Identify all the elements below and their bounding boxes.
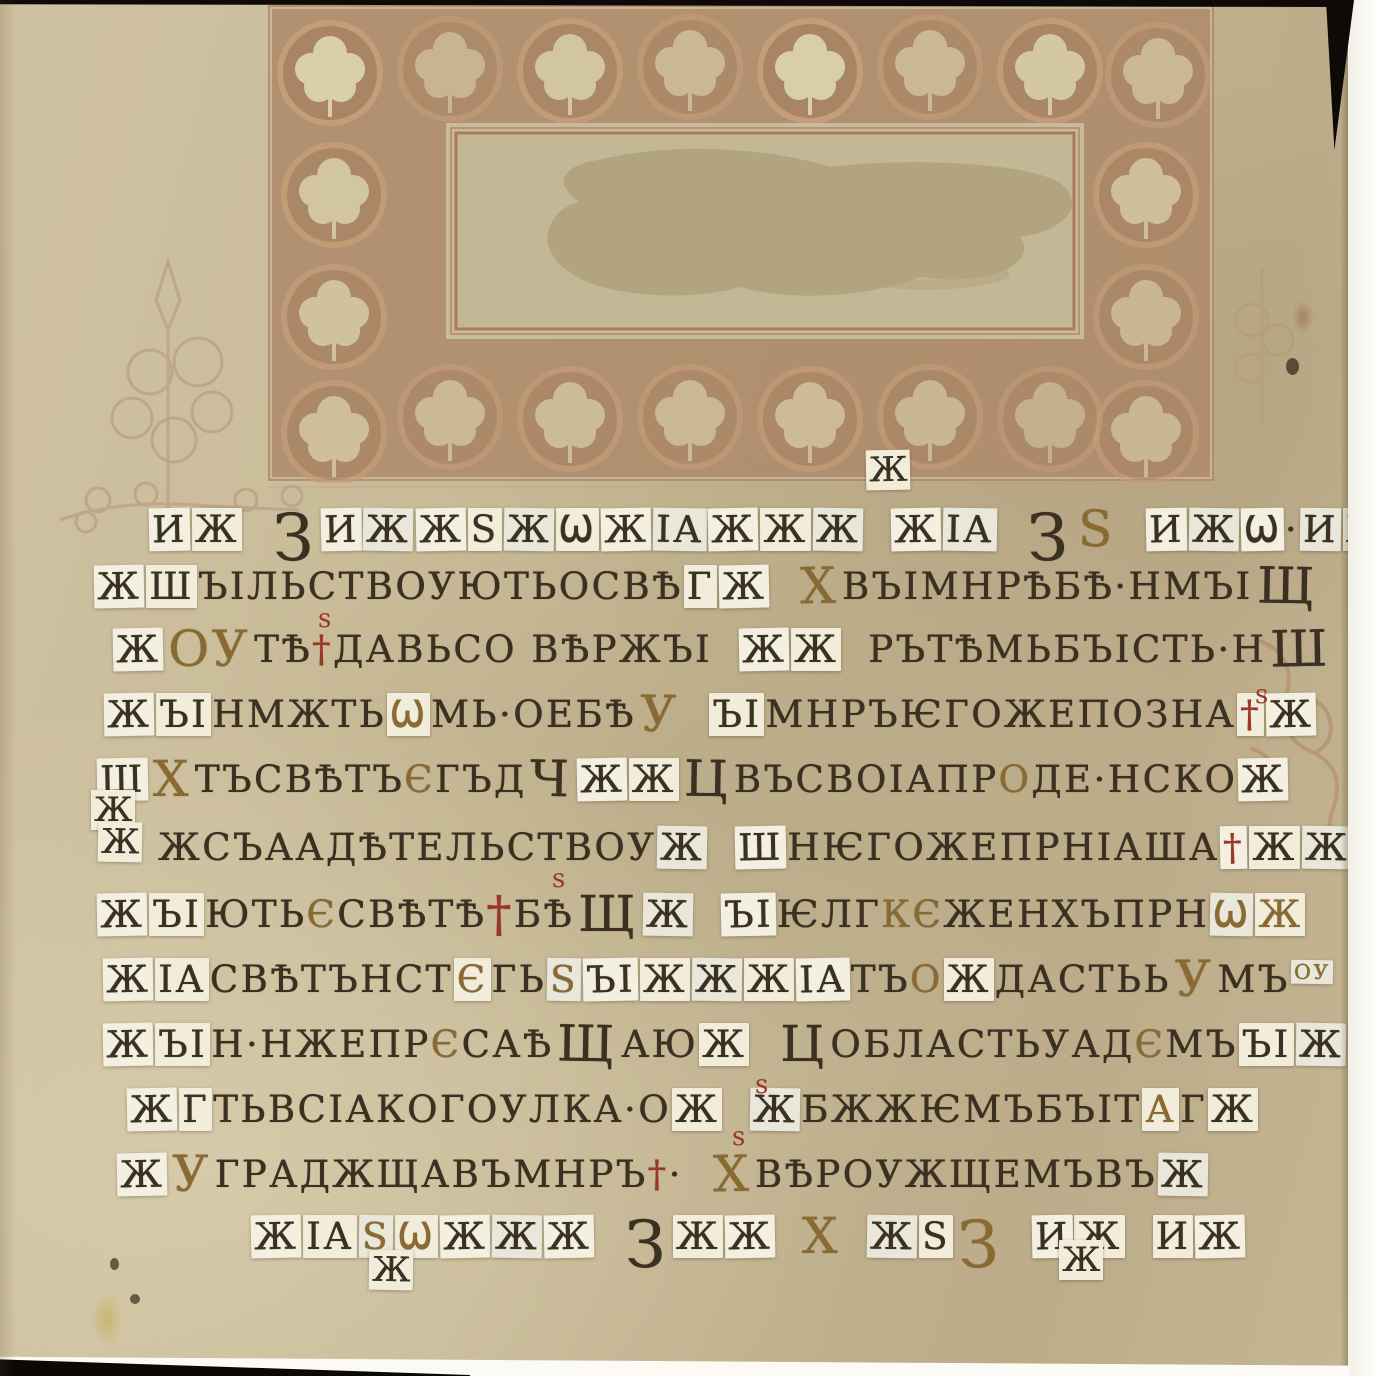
manuscript-line-1: ИЖЗИЖЖЅЖѠЖІАЖЖЖЖІАЗЅИЖѠ·ИЖЖ xyxy=(148,508,1376,551)
ink-text: НѤГОЖЕПРНІАША xyxy=(787,826,1219,869)
patched-letter: Ѡ xyxy=(1240,508,1284,552)
patched-letter: Ж xyxy=(718,565,769,609)
patched-letter: А xyxy=(1142,1088,1179,1131)
ink-text: СВѢТѢ xyxy=(337,893,486,936)
patched-letter: Ѕ xyxy=(1075,529,1118,530)
ink-text: МЪ xyxy=(1165,1023,1237,1066)
patched-letter: Ж xyxy=(1195,1215,1246,1259)
patched-letter: ЪІ xyxy=(156,693,211,736)
ink-text: ГЬ xyxy=(492,958,546,1001)
patched-letter: Ж xyxy=(94,565,145,609)
patched-letter: И xyxy=(320,508,362,552)
text-block: ИЖЗИЖЖЅЖѠЖІАЖЖЖЖІАЗЅИЖѠ·ИЖЖЖШЪІЛЬСТВОУЮТ… xyxy=(0,0,1376,1376)
red-superscript-mark: ѕ xyxy=(318,604,331,634)
ink-text: Ж xyxy=(158,826,202,869)
red-superscript-mark: ѕ xyxy=(1255,680,1268,710)
patched-letter: Ж xyxy=(113,628,164,672)
patched-letter: Ж xyxy=(791,628,841,671)
patched-letter: Ж xyxy=(1158,1153,1209,1197)
patched-letter: Ж xyxy=(439,1215,490,1259)
patched-letter: Х xyxy=(797,586,841,587)
ink-text: ГРАДЖЩАВЪМНРЪ xyxy=(215,1153,648,1196)
manuscript-line-2: ЖШЪІЛЬСТВОУЮТЬОСВѢГЖХВЪІМНРѢБѢ·НМЪІЩ xyxy=(93,565,1320,608)
patched-letter: И xyxy=(1153,1215,1194,1258)
ink-text: НМЖТЬ xyxy=(212,693,386,736)
patched-letter: Г xyxy=(684,565,717,608)
ink-text: Є xyxy=(404,758,435,801)
ink-text: Є xyxy=(431,1023,462,1066)
ink-text: ВЪСВОІАПР xyxy=(734,758,999,801)
floating-patched-letter: Ж xyxy=(369,1250,414,1291)
patched-letter: Ж xyxy=(1238,758,1289,802)
patched-letter: ІА xyxy=(155,958,209,1001)
patched-letter: И xyxy=(1145,508,1187,552)
ink-text: СЪААДѢТЕЛЬСТВОУ xyxy=(202,826,656,869)
patched-letter: ЪІ xyxy=(582,957,638,1001)
patched-letter: Ѕ xyxy=(547,958,582,1002)
patched-letter: Г xyxy=(179,1088,212,1131)
floating-patched-letter: Ж xyxy=(98,822,143,863)
floating-patched-letter: Ж xyxy=(866,450,911,491)
manuscript-line-3: ЖОУТѢ†ДАВЬСО ВѢРЖЪІЖЖРЪТѢМЬБЪІСТЬ·НШ xyxy=(112,628,1334,671)
ink-text: † xyxy=(648,1153,669,1196)
ink-text: СВѢТЪНСТ xyxy=(210,958,453,1001)
red-superscript-mark: ѕ xyxy=(732,1122,745,1152)
ink-text: Є xyxy=(1134,1023,1165,1066)
ink-text: РЪТѢМЬБЪІСТЬ·Н xyxy=(868,628,1266,671)
patched-letter: Ж xyxy=(640,958,690,1001)
patched-letter: Ж xyxy=(657,826,708,870)
patched-letter: Ж xyxy=(104,693,155,737)
patched-letter: Ж xyxy=(251,1215,302,1259)
ink-text: АЮ xyxy=(621,1023,698,1066)
manuscript-line-6: ЖСЪААДѢТЕЛЬСТВОУЖШНѤГОЖЕПРНІАША†ЖЖ xyxy=(158,826,1353,869)
ink-text: ТѢ xyxy=(254,628,312,671)
patched-letter: Ж xyxy=(1295,1023,1346,1067)
patched-letter: Ж xyxy=(699,1023,749,1066)
patched-letter: Є xyxy=(454,958,491,1001)
patched-letter: Ж xyxy=(642,893,693,937)
patched-letter: Ж xyxy=(503,508,554,552)
ink-text: Н·НЖЕПР xyxy=(211,1023,431,1066)
ink-text: ТЬВСІАКОГОУЛКА·О xyxy=(213,1088,671,1131)
ink-text: МЪ xyxy=(1217,958,1289,1001)
patched-letter: Ц xyxy=(681,779,733,780)
patched-letter: Ж xyxy=(812,508,863,552)
patched-letter: Ж xyxy=(117,1153,168,1197)
patched-letter: Щ xyxy=(554,1043,619,1044)
patched-letter: Ж xyxy=(192,508,242,551)
patched-letter: ІА xyxy=(303,1215,357,1258)
patched-letter: Ѕ xyxy=(919,1215,953,1258)
patched-letter: ЪІ xyxy=(720,892,776,936)
manuscript-line-10: ЖГТЬВСІАКОГОУЛКА·ОЖЖБЖЖѤМЪБЪІТАГЖ xyxy=(126,1088,1259,1131)
patched-letter: Ж xyxy=(363,508,414,552)
patched-letter: Щ xyxy=(1254,585,1319,586)
patched-letter: Ж xyxy=(415,508,466,552)
patched-letter: Ѕ xyxy=(468,508,502,551)
ink-text: · xyxy=(1285,508,1299,551)
patched-letter: Ш xyxy=(146,565,197,608)
patched-letter: Ш xyxy=(1267,648,1332,649)
patched-letter: Ж xyxy=(944,958,994,1001)
patched-letter: ІА xyxy=(652,508,706,552)
patched-letter: † xyxy=(1220,826,1248,870)
page-edge-left-shade xyxy=(0,0,16,1376)
patched-letter: Ж xyxy=(1208,1088,1258,1131)
patched-letter: И xyxy=(149,508,191,552)
ink-text: МНРЪѤГОЖЕПОЗНА xyxy=(765,693,1236,736)
floating-patched-letter: Ж xyxy=(1059,1240,1103,1280)
manuscript-line-9: ЖЪІН·НЖЕПРЄСАѢЩАЮЖЦОБЛАСТЬУАДЄМЪЪІЖ xyxy=(102,1023,1347,1066)
manuscript-line-8: ЖІАСВѢТЪНСТЄГЬЅЪІЖЖЖІАТЪОЖДАСТЬЬУМЪОУ xyxy=(102,958,1334,1001)
ink-text: ОБЛАСТЬУАД xyxy=(830,1023,1134,1066)
patched-letter: Ж xyxy=(867,1215,918,1259)
ink-text: ТЪ xyxy=(851,958,910,1001)
patched-letter: Ж xyxy=(739,628,790,672)
patched-letter: ІА xyxy=(796,957,850,1001)
patched-letter: Ж xyxy=(760,508,810,551)
patched-letter: И xyxy=(1300,508,1341,552)
patched-letter: ЪІ xyxy=(709,693,764,736)
ink-text: · xyxy=(669,1153,683,1196)
patched-letter: Ж xyxy=(673,1215,723,1258)
red-superscript-mark: ѕ xyxy=(755,1070,768,1100)
manuscript-line-7: ЖЪІЮТЬЄСВѢТѢ†БѢЩЖЪІѤЛГКЄЖЕНХЪПРНѠЖ xyxy=(96,893,1306,936)
scan-edge-right xyxy=(1348,0,1376,1376)
manuscript-scan: { "document": { "kind_label": "", "headp… xyxy=(0,0,1376,1376)
patched-letter: Ж xyxy=(1266,693,1317,737)
patched-letter: Ж xyxy=(672,1088,722,1131)
patched-letter: ОУ xyxy=(1290,959,1333,984)
manuscript-line-5: ШХТЪСВѢТЪЄГЪДЧЖЖЦВЪСВОІАПРОДЕ·НСКОЖ xyxy=(96,758,1289,801)
ink-text: ТЪСВѢТЪ xyxy=(195,758,404,801)
patched-letter: Ш xyxy=(735,826,787,870)
patched-letter: Ж xyxy=(692,958,743,1002)
patched-letter: Ж xyxy=(708,508,759,552)
patched-letter: Ѡ xyxy=(387,693,430,736)
ink-text: МЬ·ОЕБѢ xyxy=(431,693,636,736)
ink-text: ДАСТЬЬ xyxy=(995,958,1171,1001)
patched-letter: Ж xyxy=(1188,508,1239,552)
ink-text: ВѢРОУЖЩЕМЪВЪ xyxy=(755,1153,1157,1196)
ink-text: КЄ xyxy=(881,893,943,936)
patched-letter: Ѡ xyxy=(556,508,599,551)
ink-text: БЖЖѤМЪБЪІТ xyxy=(801,1088,1141,1131)
patched-letter: Ж xyxy=(103,958,154,1002)
patched-letter: Ѡ xyxy=(1210,893,1254,937)
ink-text: О xyxy=(998,758,1031,801)
patched-letter: Ж xyxy=(576,758,627,802)
ink-text: ЖЕНХЪПРН xyxy=(943,893,1209,936)
patched-letter: У xyxy=(637,714,682,715)
manuscript-line-4: ЖЪІНМЖТЬѠМЬ·ОЕБѢУЪІМНРЪѤГОЖЕПОЗНА†Ж xyxy=(103,693,1317,736)
ink-text: БѢ xyxy=(514,893,574,936)
patched-letter: Ж xyxy=(629,758,679,801)
patched-letter: Ч xyxy=(527,779,574,780)
patched-letter: Ж xyxy=(890,508,941,552)
ink-text: † xyxy=(312,628,333,671)
ink-text: ДАВЬСО ВѢРЖЪІ xyxy=(333,628,712,671)
ink-text: ЪІЛЬСТВОУЮТЬОСВѢ xyxy=(198,565,683,608)
patched-letter: З xyxy=(955,1246,1004,1247)
manuscript-line-11: ЖУГРАДЖЩАВЪМНРЪ†·ХВѢРОУЖЩЕМЪВЪЖ xyxy=(116,1153,1209,1196)
red-superscript-mark: ѕ xyxy=(552,864,565,894)
ink-text: О xyxy=(910,958,943,1001)
patched-letter: Ж xyxy=(103,1023,154,1067)
patched-letter: Ж xyxy=(491,1215,542,1259)
ink-text: ЮТЬ xyxy=(205,893,306,936)
patched-letter: Х xyxy=(710,1174,754,1175)
ink-text: ДЕ·НСКО xyxy=(1031,758,1237,801)
patched-letter: ІА xyxy=(942,508,996,552)
patched-letter: Ж xyxy=(543,1215,594,1259)
patched-letter: ЪІ xyxy=(155,1023,210,1066)
patched-letter: Ж xyxy=(600,508,651,552)
patched-letter: З xyxy=(622,1246,671,1247)
ink-text: Є xyxy=(306,893,337,936)
patched-letter: Ж xyxy=(744,958,794,1001)
ink-text: ВЪІМНРѢБѢ·НМЪІ xyxy=(842,565,1253,608)
patched-letter: Ж xyxy=(724,1215,775,1259)
patched-letter: Ж xyxy=(1249,826,1299,869)
patched-letter: Ж xyxy=(97,893,148,937)
ink-text: САѢ xyxy=(461,1023,553,1066)
ink-text: Г xyxy=(1180,1088,1207,1131)
ink-text: ѤЛГ xyxy=(777,893,882,936)
patched-letter: Ж xyxy=(127,1088,178,1132)
patched-letter: ЪІ xyxy=(1239,1023,1294,1066)
ink-text: ГЪД xyxy=(435,758,526,801)
patched-letter: Ж xyxy=(1255,893,1305,936)
patched-letter: ЪІ xyxy=(149,893,204,936)
